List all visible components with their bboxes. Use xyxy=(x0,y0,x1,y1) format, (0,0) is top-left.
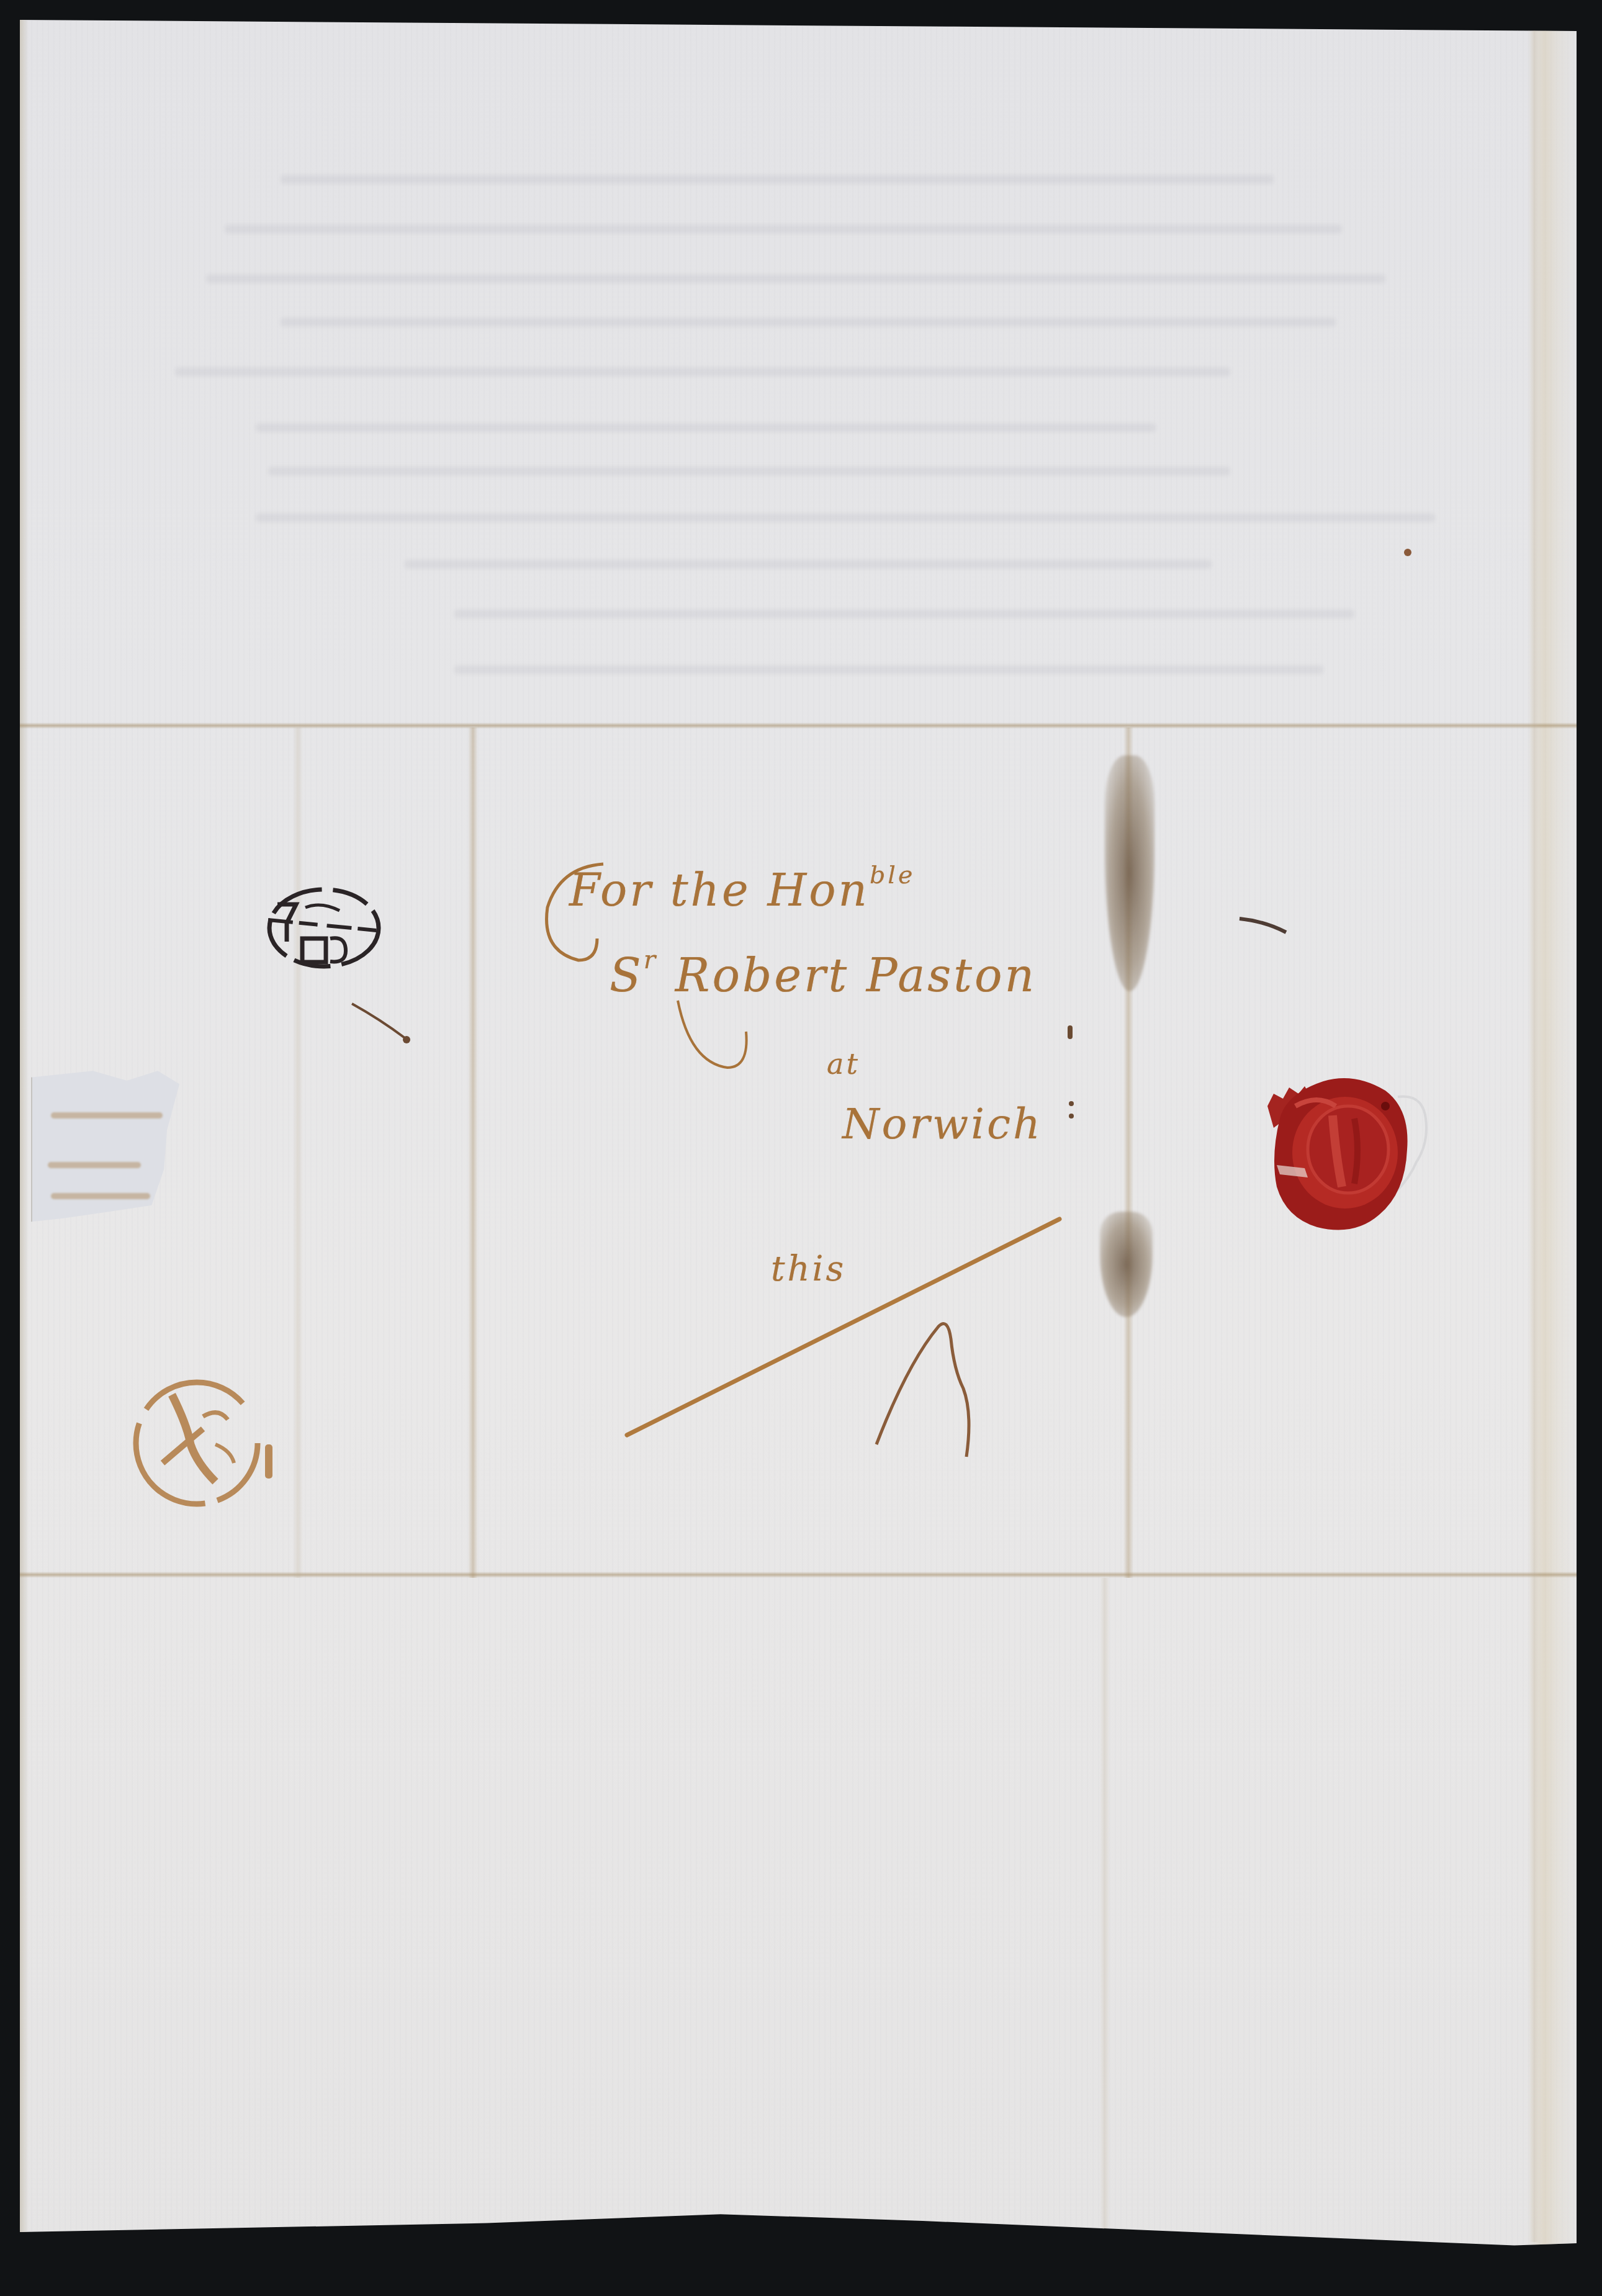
paper-left-edge xyxy=(20,20,29,2254)
ink-dot xyxy=(1068,1025,1073,1039)
fold-line-lower-center xyxy=(1100,1578,1110,2248)
diagonal-pen-stroke xyxy=(622,1212,1069,1441)
brown-postmark-icon xyxy=(128,1370,277,1513)
wax-seal-icon xyxy=(1261,1069,1441,1249)
address-line-3: at xyxy=(827,1047,860,1081)
letter-sheet: For the Honble Sr Robert Paston at Norwi… xyxy=(20,20,1577,2254)
fold-line-right xyxy=(1529,20,1539,2242)
fold-stain-upper xyxy=(1105,755,1154,991)
address-line-1: For the Honble xyxy=(569,861,915,916)
fold-line-lower xyxy=(20,1572,1577,1578)
address-line-1-text: For the Hon xyxy=(569,864,870,916)
name-descender-flourish xyxy=(672,994,758,1075)
fold-line-far-left xyxy=(293,727,303,1578)
rate-mark xyxy=(870,1302,976,1463)
address-line-2: Sr Robert Paston xyxy=(610,945,1037,1002)
ink-dot xyxy=(1069,1101,1074,1106)
honorific-prefix: S xyxy=(610,949,644,1002)
fold-line-upper xyxy=(20,723,1577,729)
fold-stain-lower xyxy=(1100,1212,1153,1317)
ink-stroke-left xyxy=(349,1001,423,1050)
address-line-1-superscript: ble xyxy=(870,861,915,889)
fold-line-left xyxy=(468,727,478,1578)
address-line-4-city: Norwich xyxy=(842,1100,1043,1149)
paper-patch xyxy=(31,1068,186,1231)
honorific-superscript: r xyxy=(644,945,658,975)
bishop-postmark-icon xyxy=(259,880,386,973)
ink-dot xyxy=(1069,1114,1074,1119)
ink-dot xyxy=(1404,549,1411,556)
ink-mark-right xyxy=(1236,914,1292,939)
